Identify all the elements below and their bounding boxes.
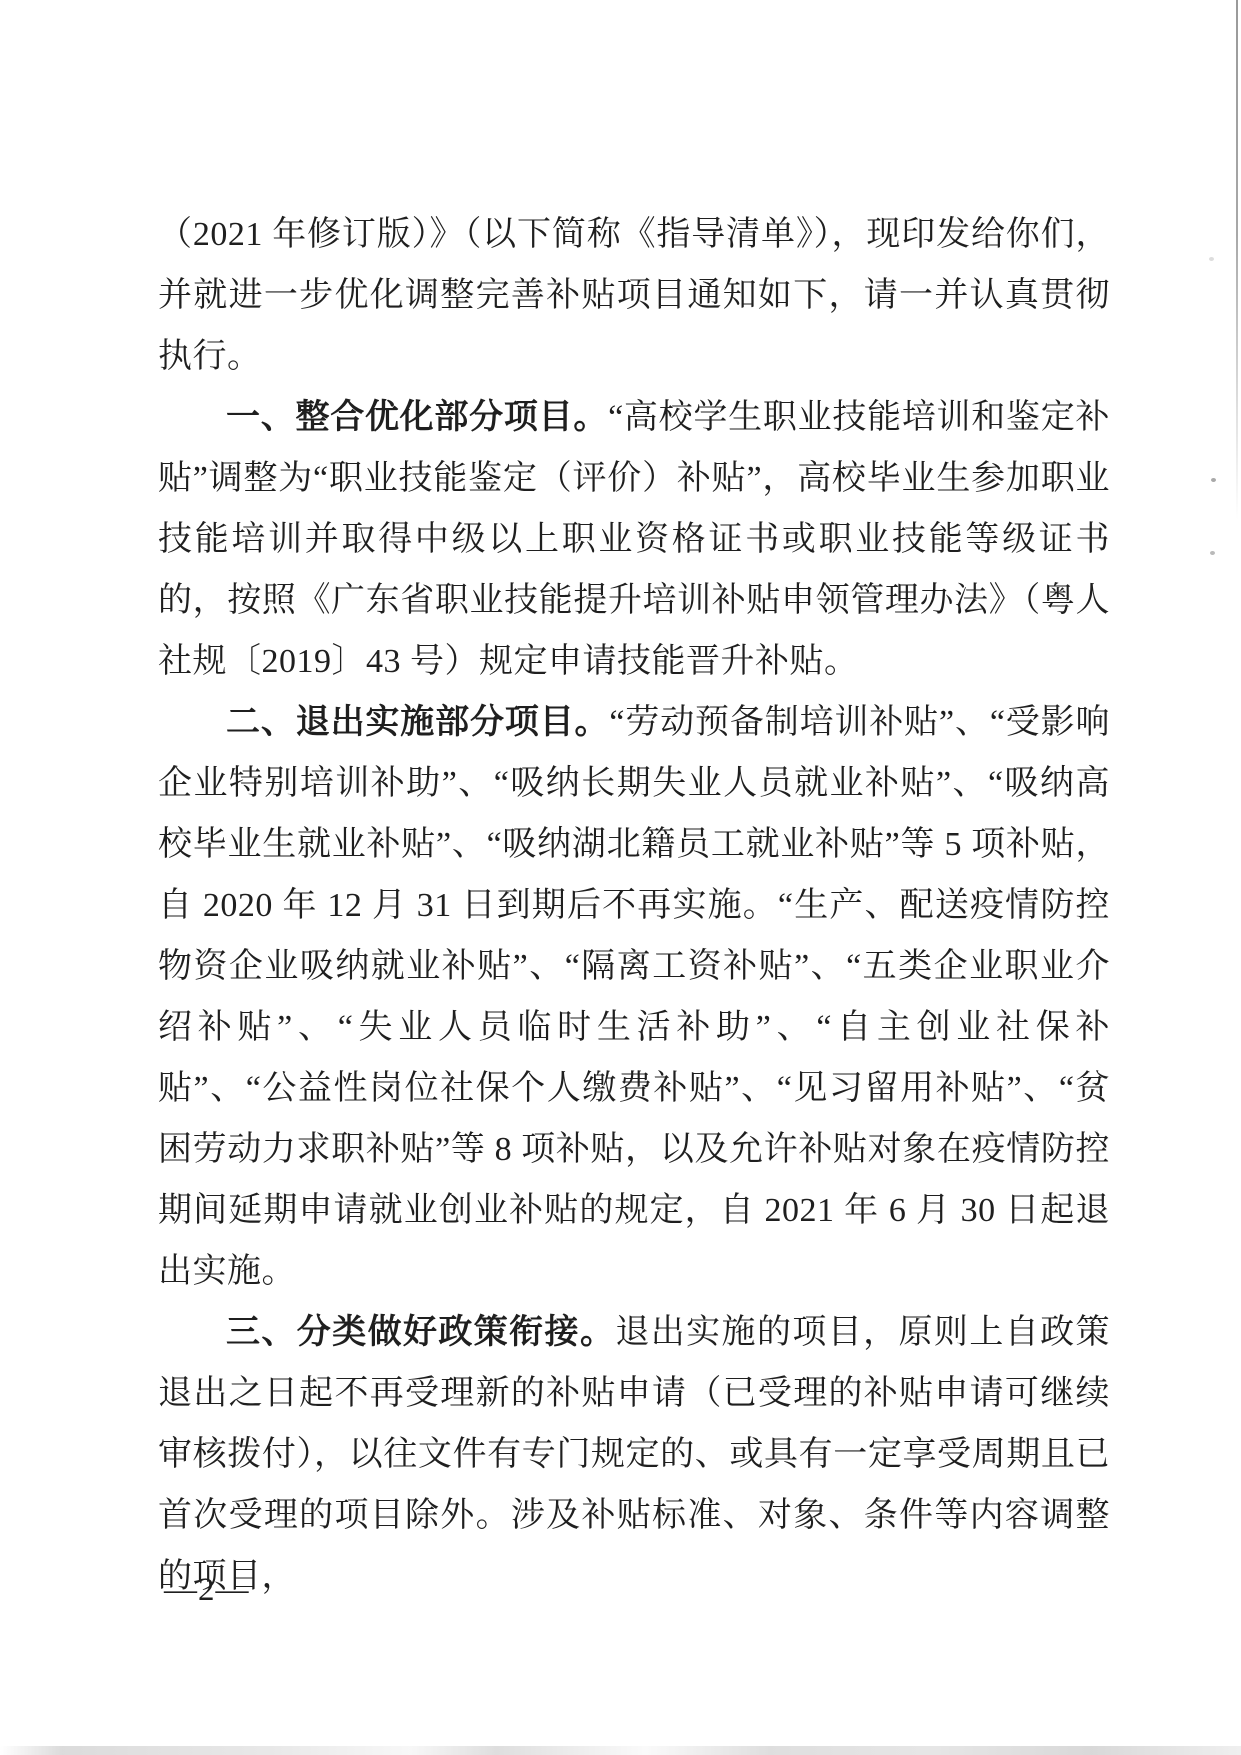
page-number: —2— xyxy=(164,1572,250,1609)
paragraph-section-3: 三、分类做好政策衔接。退出实施的项目，原则上自政策退出之日起不再受理新的补贴申请… xyxy=(158,1302,1110,1607)
scan-speck-artifact xyxy=(1210,551,1215,555)
section-heading-3: 三、分类做好政策衔接。 xyxy=(226,1313,615,1351)
scan-bottom-edge-artifact xyxy=(0,1746,1241,1755)
section-heading-1: 一、整合优化部分项目。 xyxy=(226,398,608,436)
paragraph-body: 退出实施的项目，原则上自政策退出之日起不再受理新的补贴申请（已受理的补贴申请可继… xyxy=(158,1314,1110,1595)
scan-speck-artifact xyxy=(1209,257,1214,261)
paragraph-continuation: （2021 年修订版）》（以下简称《指导清单》），现印发给你们，并就进一步优化调… xyxy=(158,204,1110,387)
document-body: （2021 年修订版）》（以下简称《指导清单》），现印发给你们，并就进一步优化调… xyxy=(158,0,1110,1607)
paragraph-section-1: 一、整合优化部分项目。“高校学生职业技能培训和鉴定补贴”调整为“职业技能鉴定（评… xyxy=(158,387,1110,692)
paragraph-body: （2021 年修订版）》（以下简称《指导清单》），现印发给你们，并就进一步优化调… xyxy=(158,216,1110,375)
paragraph-section-2: 二、退出实施部分项目。“劳动预备制培训补贴”、“受影响企业特别培训补助”、“吸纳… xyxy=(158,692,1110,1302)
scanned-document-page: （2021 年修订版）》（以下简称《指导清单》），现印发给你们，并就进一步优化调… xyxy=(0,0,1241,1755)
scan-speck-artifact xyxy=(1211,478,1216,482)
scan-edge-line-artifact xyxy=(1236,0,1238,520)
paragraph-body: “劳动预备制培训补贴”、“受影响企业特别培训补助”、“吸纳长期失业人员就业补贴”… xyxy=(158,704,1110,1290)
paragraph-body: “高校学生职业技能培训和鉴定补贴”调整为“职业技能鉴定（评价）补贴”，高校毕业生… xyxy=(158,399,1110,680)
section-heading-2: 二、退出实施部分项目。 xyxy=(226,703,609,741)
